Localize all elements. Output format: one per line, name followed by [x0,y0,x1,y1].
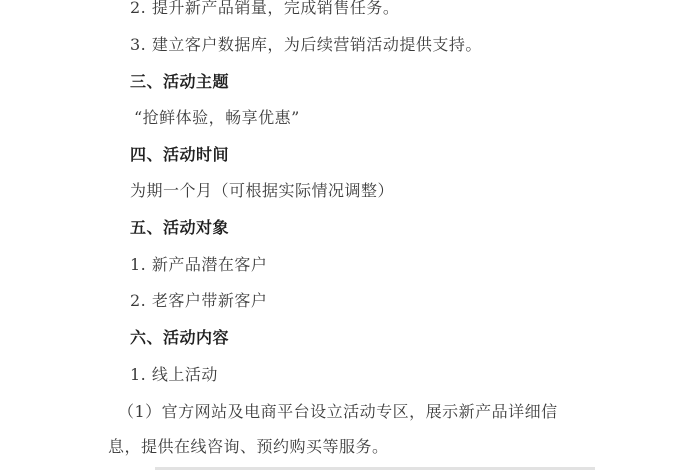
content-item-1-line-2: 息，提供在线咨询、预约购买等服务。 [108,437,389,457]
section-6-heading: 六、活动内容 [130,328,229,348]
content-subheading-online: 1. 线上活动 [130,365,218,385]
content-item-1-line-1: （1）官方网站及电商平台设立活动专区，展示新产品详细信 [118,402,558,422]
activity-theme-text: “抢鲜体验，畅享优惠” [134,108,300,128]
section-4-heading: 四、活动时间 [130,145,229,165]
target-item-2: 2. 老客户带新客户 [130,291,267,311]
activity-duration-text: 为期一个月（可根据实际情况调整） [130,181,394,201]
goal-item-3: 3. 建立客户数据库，为后续营销活动提供支持。 [130,35,482,55]
section-5-heading: 五、活动对象 [130,218,229,238]
document-page: 2. 提升新产品销量，完成销售任务。 3. 建立客户数据库，为后续营销活动提供支… [0,0,700,470]
goal-item-2: 2. 提升新产品销量，完成销售任务。 [130,0,399,18]
section-3-heading: 三、活动主题 [130,72,229,92]
target-item-1: 1. 新产品潜在客户 [130,255,267,275]
